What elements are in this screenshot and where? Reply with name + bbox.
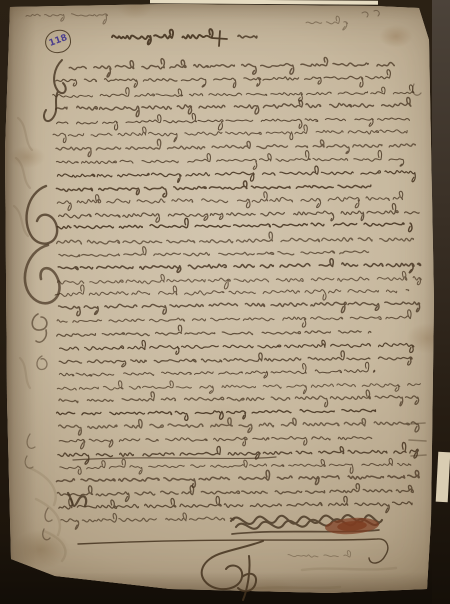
archival-note <box>26 14 108 24</box>
margin-flourish-large-1 <box>27 186 58 244</box>
ghost-bleedthrough-left <box>14 118 32 388</box>
initial-flourish <box>44 60 66 121</box>
top-right-note <box>306 16 348 30</box>
margin-marks-lower <box>25 434 35 468</box>
foot-note-faint <box>288 551 351 558</box>
paraph-rubric <box>202 541 263 600</box>
top-right-marks <box>362 10 379 17</box>
manuscript-photo: 118 <box>0 0 450 604</box>
margin-flourish-large-2 <box>25 245 60 303</box>
right-edge-mark <box>413 84 421 95</box>
title-extra <box>238 35 257 37</box>
cross-mark <box>212 31 227 46</box>
strike-line-long <box>78 539 388 563</box>
margin-mark-a <box>32 314 47 342</box>
title-inscription <box>112 29 213 44</box>
folio-number: 118 <box>48 34 69 49</box>
margin-mark-small <box>37 356 47 369</box>
handwriting-ink-layer <box>0 0 450 604</box>
strike-line-upper <box>73 457 276 460</box>
